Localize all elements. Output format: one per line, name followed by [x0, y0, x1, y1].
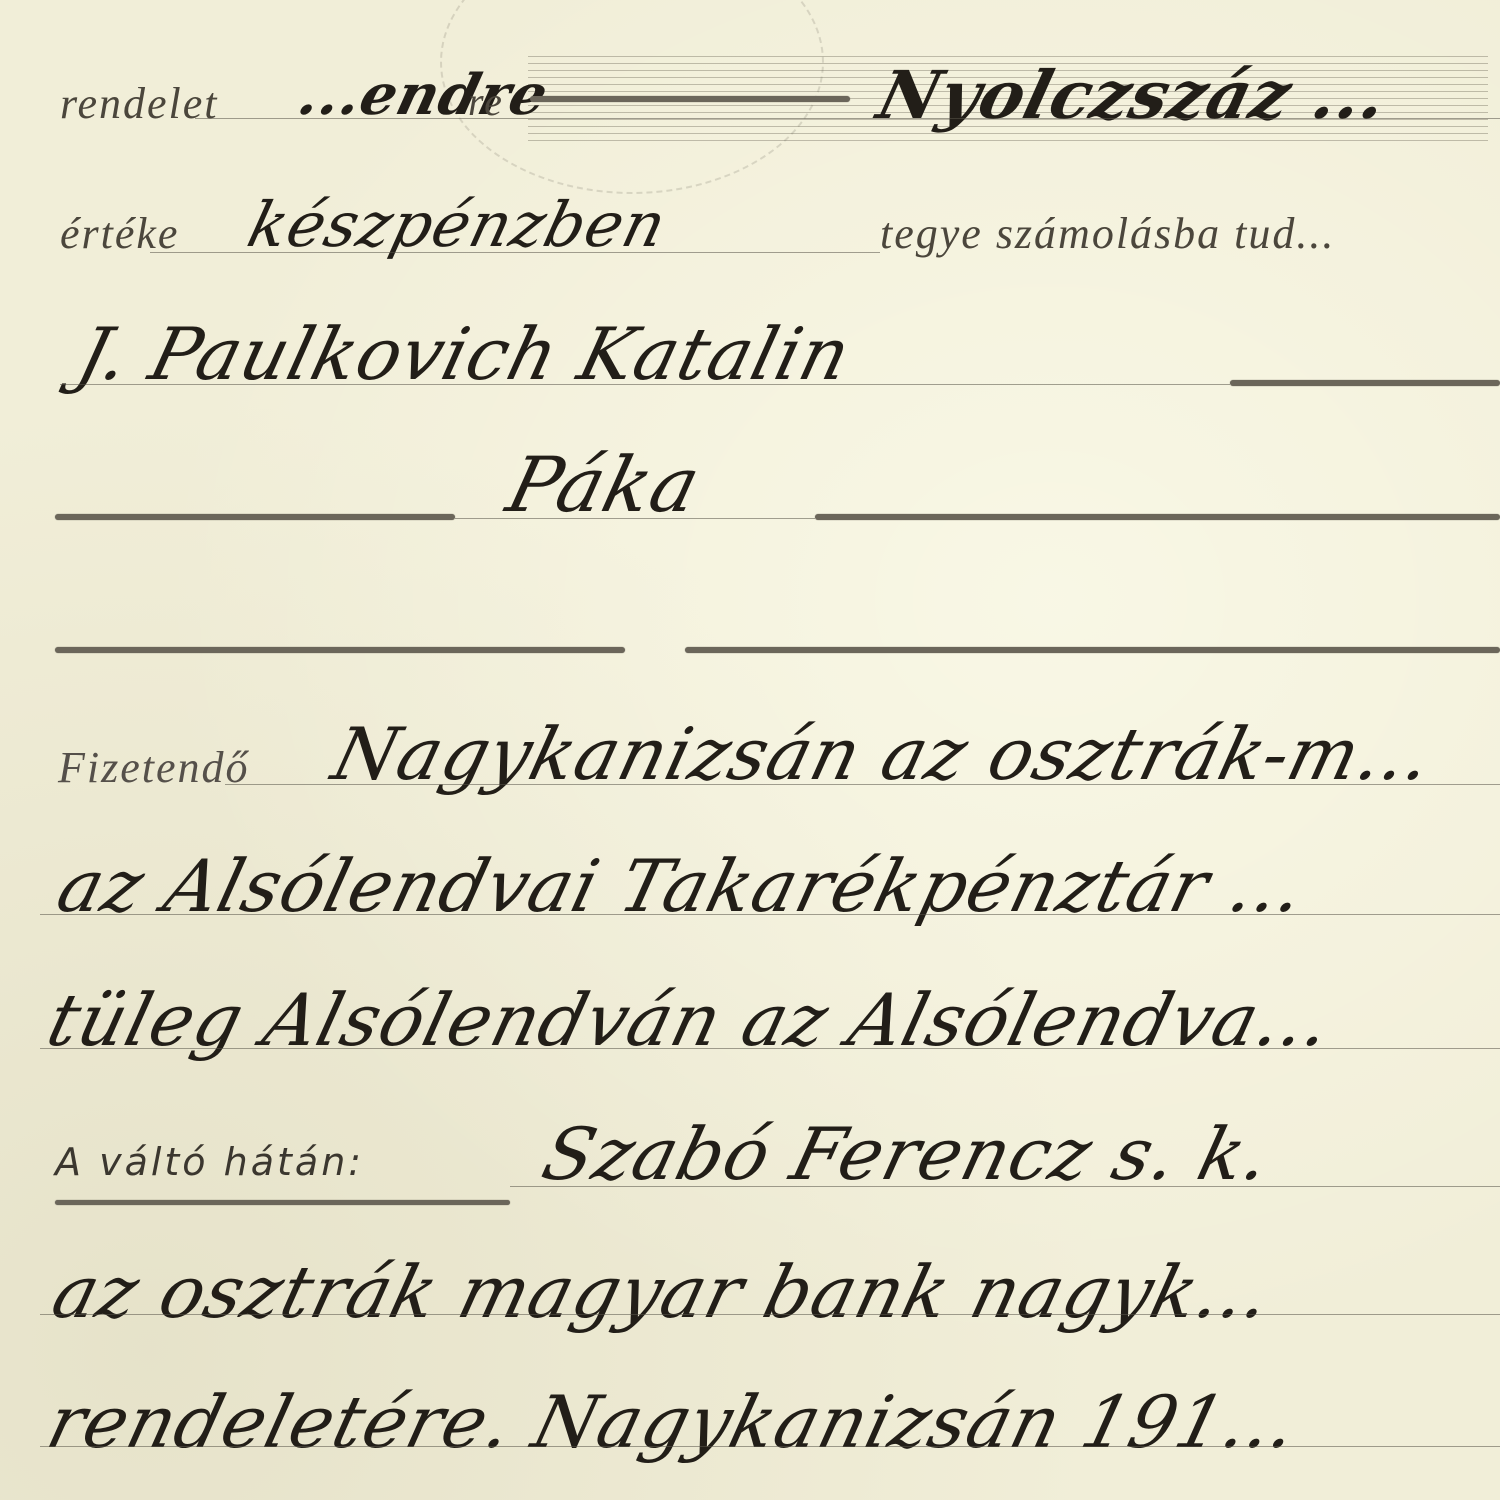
baseline-rule — [40, 914, 1500, 915]
fill-rule — [815, 514, 1500, 520]
label-tegye-szamolasba: tegye számolásba tud... — [880, 208, 1335, 259]
bill-of-exchange-document: rendelet ...endre re Nyolczszáz ... érté… — [0, 0, 1500, 1500]
handwritten-place: Páka — [499, 440, 710, 529]
label-rendelet: rendelet — [60, 78, 219, 129]
handwritten-amount-words: Nyolczszáz ... — [870, 56, 1396, 134]
handwritten-endorsement: Szabó Ferencz s. k. — [535, 1112, 1280, 1196]
baseline-rule — [40, 1446, 1500, 1447]
label-fizetendo: Fizetendő — [58, 742, 250, 793]
fill-rule — [530, 96, 850, 102]
baseline-rule — [60, 384, 1230, 385]
handwritten-line-9: az osztrák magyar bank nagyk... — [45, 1250, 1280, 1334]
handwritten-line-10: rendeletére. Nagykanizsán 191... — [40, 1380, 1307, 1464]
label-a-valto-hatan: A váltó hátán: — [55, 1140, 364, 1184]
label-underline — [55, 1200, 510, 1205]
baseline-rule — [225, 784, 1500, 785]
handwritten-value: készpénzben — [241, 188, 674, 261]
baseline-rule — [455, 518, 815, 519]
baseline-rule — [150, 252, 880, 253]
handwritten-line-7: tüleg Alsólendván az Alsólendva... — [40, 978, 1341, 1062]
fill-rule — [55, 647, 625, 653]
fill-rule — [1230, 380, 1500, 386]
baseline-rule — [510, 1186, 1500, 1187]
baseline-rule — [195, 118, 1500, 119]
baseline-rule — [40, 1314, 1500, 1315]
baseline-rule — [40, 1048, 1500, 1049]
fill-rule — [685, 647, 1500, 653]
fill-rule — [55, 514, 455, 520]
handwritten-line-6: az Alsólendvai Takarékpénztár ... — [50, 844, 1314, 928]
